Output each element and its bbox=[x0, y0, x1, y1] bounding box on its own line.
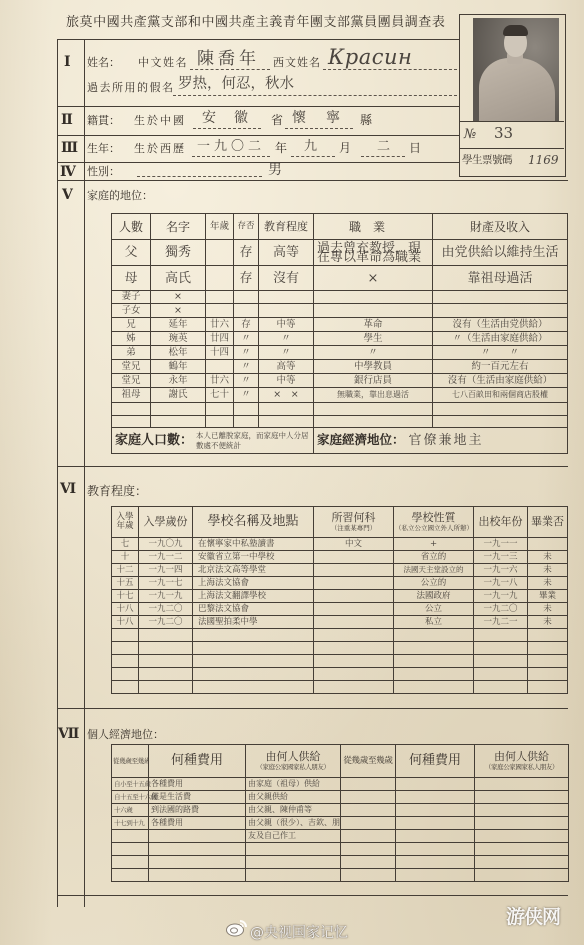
occupation-cell bbox=[314, 291, 433, 304]
blank-row bbox=[112, 856, 569, 869]
expense-type-cell: 各種費用 bbox=[149, 778, 246, 791]
education-label: 教育程度： bbox=[87, 485, 147, 497]
underline bbox=[285, 128, 353, 129]
chinese-name-value: 陳喬年 bbox=[197, 51, 260, 68]
photo-box-divider bbox=[460, 121, 564, 122]
occupation-cell: 銀行店員 bbox=[314, 374, 433, 388]
occupation-cell bbox=[314, 304, 433, 318]
age-cell: 廿六 bbox=[206, 318, 234, 332]
age-cell bbox=[206, 360, 234, 374]
birth-day-value: 二 bbox=[377, 140, 390, 153]
name-cell: × bbox=[151, 291, 206, 304]
alive-cell: 〃 bbox=[234, 374, 259, 388]
blank-row bbox=[112, 843, 569, 856]
relation-cell: 母 bbox=[112, 266, 151, 291]
name-cell: 松年 bbox=[151, 346, 206, 360]
col-relation: 人數 bbox=[112, 214, 151, 240]
property-income-cell: 靠祖母過活 bbox=[433, 266, 568, 291]
entry-age-cell: 十八 bbox=[112, 603, 139, 616]
relation-cell: 兄 bbox=[112, 318, 151, 332]
relation-cell: 妻子 bbox=[112, 291, 151, 304]
occupation-cell: 過去曾充教授，現在專以革命為職業 bbox=[314, 240, 433, 266]
section-numeral: Ⅵ bbox=[60, 482, 76, 496]
alive-cell: 存 bbox=[234, 266, 259, 291]
provider-cell bbox=[475, 830, 569, 843]
property-income-cell bbox=[433, 291, 568, 304]
education-header-row: 入學年歲 入學歲份 學校名稱及地點 所習何科（注重某專門） 學校性質（私立公立國… bbox=[112, 507, 568, 538]
origin-label: 籍貫： bbox=[87, 115, 120, 126]
expense-type-cell: 到法國的路費 bbox=[149, 804, 246, 817]
entry-age-cell: 七 bbox=[112, 538, 139, 551]
provider-cell bbox=[475, 778, 569, 791]
portrait-hair bbox=[503, 25, 528, 36]
age-range-cell: 自小至十五歲 bbox=[112, 778, 149, 791]
household-size-value: 本人已離脫家庭，而家庭中人分居數處不便統計 bbox=[196, 431, 312, 451]
occupation-cell: 學生 bbox=[314, 332, 433, 346]
relation-cell: 姊 bbox=[112, 332, 151, 346]
form-title: 旅莫中國共產黨支部和中國共產主義青年團支部黨員團員調查表 bbox=[66, 16, 445, 29]
graduated-cell: 未 bbox=[528, 564, 568, 577]
property-income-cell: 由党供給以維持生活 bbox=[433, 240, 568, 266]
school-type-cell: 私立 bbox=[394, 616, 474, 629]
blank-row bbox=[112, 403, 568, 416]
leave-year-cell: 一九一三 bbox=[474, 551, 528, 564]
subject-cell: 中文 bbox=[314, 538, 394, 551]
family-row: 兄 延年 廿六 存 中等 革命 沒有（生活由党供給） bbox=[112, 318, 568, 332]
education-table: 入學年歲 入學歲份 學校名稱及地點 所習何科（注重某專門） 學校性質（私立公立國… bbox=[111, 506, 568, 694]
property-income-cell: 〃 〃 bbox=[433, 346, 568, 360]
underline bbox=[173, 95, 457, 96]
ticket-label: 學生票號碼 bbox=[462, 155, 512, 166]
province-char-1: 安 bbox=[202, 111, 216, 125]
occupation-cell: 革命 bbox=[314, 318, 433, 332]
education-cell: 〃 bbox=[259, 332, 314, 346]
education-cell: 中等 bbox=[259, 318, 314, 332]
entry-age-cell: 十八 bbox=[112, 616, 139, 629]
col-age-range: 從幾歲至幾歲 bbox=[341, 745, 396, 778]
province-unit: 省 bbox=[271, 114, 283, 126]
underline bbox=[193, 128, 261, 129]
school-cell: 上海法文翻譯學校 bbox=[193, 590, 314, 603]
col-provider: 由何人供給（家庭公家國家私人朋友） bbox=[246, 745, 341, 778]
aliases-value: 罗热，何忍，秋水 bbox=[178, 77, 294, 92]
family-row: 姊 琬英 廿四 〃 〃 學生 〃（生活由家庭供給） bbox=[112, 332, 568, 346]
sex-value: 男 bbox=[268, 163, 282, 177]
family-header-row: 人數 名字 年歲 存否 教育程度 職業 財產及收入 bbox=[112, 214, 568, 240]
section-numeral: Ⅳ bbox=[60, 165, 76, 179]
entry-year-cell: 一九一四 bbox=[139, 564, 193, 577]
entry-year-cell: 一九一九 bbox=[139, 590, 193, 603]
family-row: 妻子 × bbox=[112, 291, 568, 304]
rule-line bbox=[57, 39, 459, 40]
blank-row bbox=[112, 416, 568, 428]
photo-box-divider bbox=[460, 148, 564, 149]
col-school-name-location: 學校名稱及地點 bbox=[193, 507, 314, 538]
name-cell: 琬英 bbox=[151, 332, 206, 346]
entry-year-cell: 一九一二 bbox=[139, 551, 193, 564]
sex-label: 性別： bbox=[87, 166, 120, 177]
alive-cell bbox=[234, 304, 259, 318]
leave-year-cell: 一九一一 bbox=[474, 538, 528, 551]
age-range-cell: 十六歲 bbox=[112, 804, 149, 817]
alive-cell bbox=[234, 291, 259, 304]
expense-type-cell: 各種費用 bbox=[149, 817, 246, 830]
margin-line bbox=[57, 39, 58, 907]
entry-age-cell: 十五 bbox=[112, 577, 139, 590]
rule-line bbox=[57, 180, 568, 181]
blank-row bbox=[112, 629, 568, 642]
birth-label: 生年： bbox=[87, 143, 120, 154]
provider-cell: 由家庭（祖母）供給 bbox=[246, 778, 341, 791]
alive-cell: 〃 bbox=[234, 360, 259, 374]
expense-type-cell: 僅是生活費 bbox=[149, 791, 246, 804]
col-school-type: 學校性質（私立公立國立外人所辦） bbox=[394, 507, 474, 538]
graduated-cell: 畢業 bbox=[528, 590, 568, 603]
rule-line bbox=[57, 708, 568, 709]
expense-type-cell bbox=[149, 830, 246, 843]
family-summary-row: 家庭人口數： 本人已離脫家庭，而家庭中人分居數處不便統計 家庭經濟地位：官僚兼地… bbox=[112, 428, 568, 454]
underline bbox=[361, 156, 405, 157]
blank-row bbox=[112, 655, 568, 668]
leave-year-cell: 一九一六 bbox=[474, 564, 528, 577]
ticket-value: 1169 bbox=[528, 154, 559, 166]
family-economic-status-label: 家庭經濟地位： bbox=[317, 432, 405, 447]
provider-cell bbox=[475, 791, 569, 804]
school-cell: 在懷寧家中私塾讀書 bbox=[193, 538, 314, 551]
age-cell: 七十 bbox=[206, 388, 234, 403]
family-row: 父 獨秀 存 高等 過去曾充教授，現在專以革命為職業 由党供給以維持生活 bbox=[112, 240, 568, 266]
month-unit: 月 bbox=[339, 142, 351, 154]
leave-year-cell: 一九二〇 bbox=[474, 603, 528, 616]
age-range-cell bbox=[341, 778, 396, 791]
school-cell: 安徽省立第一中學校 bbox=[193, 551, 314, 564]
graduated-cell: 未 bbox=[528, 616, 568, 629]
col-subject: 所習何科（注重某專門） bbox=[314, 507, 394, 538]
economic-row: 自十五至十六歲 僅是生活費 由父親供給 bbox=[112, 791, 569, 804]
col-property-income: 財產及收入 bbox=[433, 214, 568, 240]
family-row: 弟 松年 十四 〃 〃 〃 〃 〃 bbox=[112, 346, 568, 360]
economic-row: 十七到十九 各種費用 由父親（很少）、吉欽、朋 bbox=[112, 817, 569, 830]
subject-cell bbox=[314, 590, 394, 603]
age-range-cell: 自十五至十六歲 bbox=[112, 791, 149, 804]
property-income-cell: 約一百元左右 bbox=[433, 360, 568, 374]
rule-line bbox=[57, 135, 459, 136]
alive-cell: 存 bbox=[234, 240, 259, 266]
col-expense-type: 何種費用 bbox=[396, 745, 475, 778]
entry-age-cell: 十七 bbox=[112, 590, 139, 603]
age-range-cell bbox=[112, 830, 149, 843]
number-value: 33 bbox=[494, 126, 513, 141]
school-type-cell: 公立的 bbox=[394, 577, 474, 590]
name-cell: 延年 bbox=[151, 318, 206, 332]
provider-cell bbox=[475, 817, 569, 830]
alive-cell: 〃 bbox=[234, 332, 259, 346]
rule-line bbox=[57, 895, 568, 896]
occupation-cell: 中學教員 bbox=[314, 360, 433, 374]
blank-row bbox=[112, 668, 568, 681]
leave-year-cell: 一九一九 bbox=[474, 590, 528, 603]
education-cell: × × bbox=[259, 388, 314, 403]
underline bbox=[137, 176, 262, 177]
graduated-cell: 未 bbox=[528, 551, 568, 564]
subject-cell bbox=[314, 551, 394, 564]
age-cell bbox=[206, 304, 234, 318]
education-cell: 〃 bbox=[259, 346, 314, 360]
day-unit: 日 bbox=[409, 142, 421, 154]
county-unit: 縣 bbox=[360, 114, 372, 126]
school-cell: 巴黎法文協會 bbox=[193, 603, 314, 616]
education-row: 十 一九一二 安徽省立第一中學校 省立的 一九一三 未 bbox=[112, 551, 568, 564]
family-row: 子女 × bbox=[112, 304, 568, 318]
expense-type-cell bbox=[396, 804, 475, 817]
age-range-cell bbox=[341, 817, 396, 830]
personal-economic-label: 個人經濟地位： bbox=[87, 729, 164, 740]
entry-year-cell: 一九二〇 bbox=[139, 616, 193, 629]
portrait-body bbox=[479, 58, 555, 122]
section-numeral: Ⅶ bbox=[58, 727, 79, 741]
provider-cell: 由父親（很少）、吉欽、朋 bbox=[246, 817, 341, 830]
graduated-cell bbox=[528, 538, 568, 551]
col-occupation: 職業 bbox=[314, 214, 433, 240]
rule-line bbox=[57, 162, 459, 163]
occupation-cell: 無職業，靠出息過活 bbox=[314, 388, 433, 403]
school-cell: 北京法文高等學堂 bbox=[193, 564, 314, 577]
provider-cell bbox=[475, 804, 569, 817]
age-range-cell: 十七到十九 bbox=[112, 817, 149, 830]
age-cell bbox=[206, 266, 234, 291]
education-row: 十八 一九二〇 法國聖拍柔中學 私立 一九二一 未 bbox=[112, 616, 568, 629]
household-size-label: 家庭人口數： bbox=[115, 434, 193, 447]
portrait-photo bbox=[473, 18, 559, 122]
alive-cell: 〃 bbox=[234, 346, 259, 360]
education-cell: 中等 bbox=[259, 374, 314, 388]
school-type-cell: 省立的 bbox=[394, 551, 474, 564]
school-cell: 上海法文協會 bbox=[193, 577, 314, 590]
margin-line bbox=[84, 39, 85, 907]
subject-cell bbox=[314, 603, 394, 616]
entry-age-cell: 十二 bbox=[112, 564, 139, 577]
subject-cell bbox=[314, 577, 394, 590]
western-name-label: 西文姓名 bbox=[273, 57, 321, 68]
provider-cell: 友及自己作工 bbox=[246, 830, 341, 843]
section-numeral: Ⅱ bbox=[61, 113, 73, 127]
property-income-cell: 沒有（生活由家庭供給） bbox=[433, 374, 568, 388]
col-graduated: 畢業否 bbox=[528, 507, 568, 538]
aliases-label: 過去所用的假名 bbox=[87, 82, 175, 93]
blank-row bbox=[112, 869, 569, 882]
education-cell: 沒有 bbox=[259, 266, 314, 291]
age-cell: 十四 bbox=[206, 346, 234, 360]
photo-box: № 33 學生票號碼 1169 bbox=[459, 14, 566, 177]
school-type-cell: 法國政府 bbox=[394, 590, 474, 603]
graduated-cell: 未 bbox=[528, 577, 568, 590]
provider-cell: 由父親、陳仲甫等 bbox=[246, 804, 341, 817]
underline bbox=[190, 69, 270, 70]
entry-age-cell: 十 bbox=[112, 551, 139, 564]
county-char-2: 寧 bbox=[326, 111, 340, 125]
col-entry-year: 入學歲份 bbox=[139, 507, 193, 538]
family-row: 堂兄 永年 廿六 〃 中等 銀行店員 沒有（生活由家庭供給） bbox=[112, 374, 568, 388]
provider-cell: 由父親供給 bbox=[246, 791, 341, 804]
school-cell: 法國聖拍柔中學 bbox=[193, 616, 314, 629]
site-logo-watermark: 游侠网 bbox=[506, 902, 560, 929]
origin-prefix: 生於中國 bbox=[134, 115, 186, 126]
relation-cell: 弟 bbox=[112, 346, 151, 360]
age-cell: 廿四 bbox=[206, 332, 234, 346]
col-education: 教育程度 bbox=[259, 214, 314, 240]
birth-prefix: 生於西歷 bbox=[134, 143, 186, 154]
relation-cell: 堂兄 bbox=[112, 360, 151, 374]
relation-cell: 祖母 bbox=[112, 388, 151, 403]
economic-row: 自小至十五歲 各種費用 由家庭（祖母）供給 bbox=[112, 778, 569, 791]
subject-cell bbox=[314, 616, 394, 629]
col-age: 年歲 bbox=[206, 214, 234, 240]
blank-row bbox=[112, 681, 568, 694]
family-row: 母 高氏 存 沒有 × 靠祖母過活 bbox=[112, 266, 568, 291]
education-cell: 高等 bbox=[259, 240, 314, 266]
education-row: 十二 一九一四 北京法文高等學堂 法國天主堂設立的 一九一六 未 bbox=[112, 564, 568, 577]
relation-cell: 子女 bbox=[112, 304, 151, 318]
age-cell bbox=[206, 240, 234, 266]
col-provider: 由何人供給（家庭公家國家私人朋友） bbox=[475, 745, 569, 778]
rule-line bbox=[57, 466, 568, 467]
occupation-cell: 〃 bbox=[314, 346, 433, 360]
name-cell: 謝氏 bbox=[151, 388, 206, 403]
expense-type-cell bbox=[396, 830, 475, 843]
education-cell: 高等 bbox=[259, 360, 314, 374]
property-income-cell: 沒有（生活由党供給） bbox=[433, 318, 568, 332]
relation-cell: 堂兄 bbox=[112, 374, 151, 388]
education-row: 七 一九〇九 在懷寧家中私塾讀書 中文 + 一九一一 bbox=[112, 538, 568, 551]
education-row: 十五 一九一七 上海法文協會 公立的 一九一八 未 bbox=[112, 577, 568, 590]
school-type-cell: + bbox=[394, 538, 474, 551]
age-range-cell bbox=[341, 830, 396, 843]
col-expense-type: 何種費用 bbox=[149, 745, 246, 778]
col-leave-year: 出校年份 bbox=[474, 507, 528, 538]
name-label: 姓名： bbox=[87, 57, 120, 68]
occupation-cell: × bbox=[314, 266, 433, 291]
economic-row: 友及自己作工 bbox=[112, 830, 569, 843]
province-char-2: 徽 bbox=[234, 111, 248, 125]
personal-economic-table: 從幾歲至幾歲 何種費用 由何人供給（家庭公家國家私人朋友） 從幾歲至幾歲 何種費… bbox=[111, 744, 569, 882]
education-cell bbox=[259, 304, 314, 318]
leave-year-cell: 一九一八 bbox=[474, 577, 528, 590]
entry-year-cell: 一九二〇 bbox=[139, 603, 193, 616]
age-cell: 廿六 bbox=[206, 374, 234, 388]
section-numeral: Ⅲ bbox=[61, 141, 78, 155]
expense-type-cell bbox=[396, 817, 475, 830]
birth-year-value: 一九〇二 bbox=[197, 140, 265, 153]
education-cell bbox=[259, 291, 314, 304]
section-numeral: Ⅰ bbox=[64, 55, 71, 69]
entry-year-cell: 一九一七 bbox=[139, 577, 193, 590]
expense-type-cell bbox=[396, 778, 475, 791]
household-size-cell: 家庭人口數： 本人已離脫家庭，而家庭中人分居數處不便統計 bbox=[112, 428, 314, 454]
family-row: 祖母 謝氏 七十 〃 × × 無職業，靠出息過活 七八百畝田和兩個商店股權 bbox=[112, 388, 568, 403]
school-type-cell: 公立 bbox=[394, 603, 474, 616]
section-numeral: Ⅴ bbox=[62, 188, 73, 202]
school-type-cell: 法國天主堂設立的 bbox=[394, 564, 474, 577]
relation-cell: 父 bbox=[112, 240, 151, 266]
number-label: № bbox=[464, 128, 476, 141]
weibo-handle-watermark: @央视国家记忆 bbox=[250, 922, 348, 942]
entry-year-cell: 一九〇九 bbox=[139, 538, 193, 551]
family-label: 家庭的地位： bbox=[87, 190, 153, 201]
col-name: 名字 bbox=[151, 214, 206, 240]
alive-cell: 〃 bbox=[234, 388, 259, 403]
county-char-1: 懷 bbox=[292, 111, 306, 125]
family-economic-status-value: 官僚兼地主 bbox=[409, 433, 484, 448]
leave-year-cell: 一九二一 bbox=[474, 616, 528, 629]
blank-row bbox=[112, 642, 568, 655]
education-row: 十七 一九一九 上海法文翻譯學校 法國政府 一九一九 畢業 bbox=[112, 590, 568, 603]
western-name-value: Красин bbox=[328, 47, 412, 68]
expense-type-cell bbox=[396, 791, 475, 804]
subject-cell bbox=[314, 564, 394, 577]
chinese-name-label: 中文姓名 bbox=[138, 57, 188, 68]
weibo-logo-icon bbox=[226, 919, 248, 941]
property-income-cell bbox=[433, 304, 568, 318]
col-alive: 存否 bbox=[234, 214, 259, 240]
year-unit: 年 bbox=[275, 142, 287, 154]
birth-month-value: 九 bbox=[304, 140, 317, 153]
underline bbox=[323, 69, 457, 70]
underline bbox=[291, 156, 335, 157]
property-income-cell: 〃（生活由家庭供給） bbox=[433, 332, 568, 346]
name-cell: 鶴年 bbox=[151, 360, 206, 374]
rule-line bbox=[57, 106, 459, 107]
family-row: 堂兄 鶴年 〃 高等 中學教員 約一百元左右 bbox=[112, 360, 568, 374]
name-cell: 高氏 bbox=[151, 266, 206, 291]
age-cell bbox=[206, 291, 234, 304]
name-cell: 永年 bbox=[151, 374, 206, 388]
family-table: 人數 名字 年歲 存否 教育程度 職業 財產及收入 父 獨秀 存 高等 過去曾充… bbox=[111, 213, 568, 454]
col-age-range: 從幾歲至幾歲 bbox=[112, 745, 149, 778]
education-row: 十八 一九二〇 巴黎法文協會 公立 一九二〇 未 bbox=[112, 603, 568, 616]
name-cell: × bbox=[151, 304, 206, 318]
col-entry-age: 入學年歲 bbox=[112, 507, 139, 538]
economic-header-row: 從幾歲至幾歲 何種費用 由何人供給（家庭公家國家私人朋友） 從幾歲至幾歲 何種費… bbox=[112, 745, 569, 778]
graduated-cell: 未 bbox=[528, 603, 568, 616]
age-range-cell bbox=[341, 804, 396, 817]
economic-row: 十六歲 到法國的路費 由父親、陳仲甫等 bbox=[112, 804, 569, 817]
family-economic-status-cell: 家庭經濟地位：官僚兼地主 bbox=[314, 428, 568, 454]
al­ive-cell: 存 bbox=[234, 318, 259, 332]
property-income-cell: 七八百畝田和兩個商店股權 bbox=[433, 388, 568, 403]
age-range-cell bbox=[341, 791, 396, 804]
name-cell: 獨秀 bbox=[151, 240, 206, 266]
underline bbox=[192, 156, 270, 157]
